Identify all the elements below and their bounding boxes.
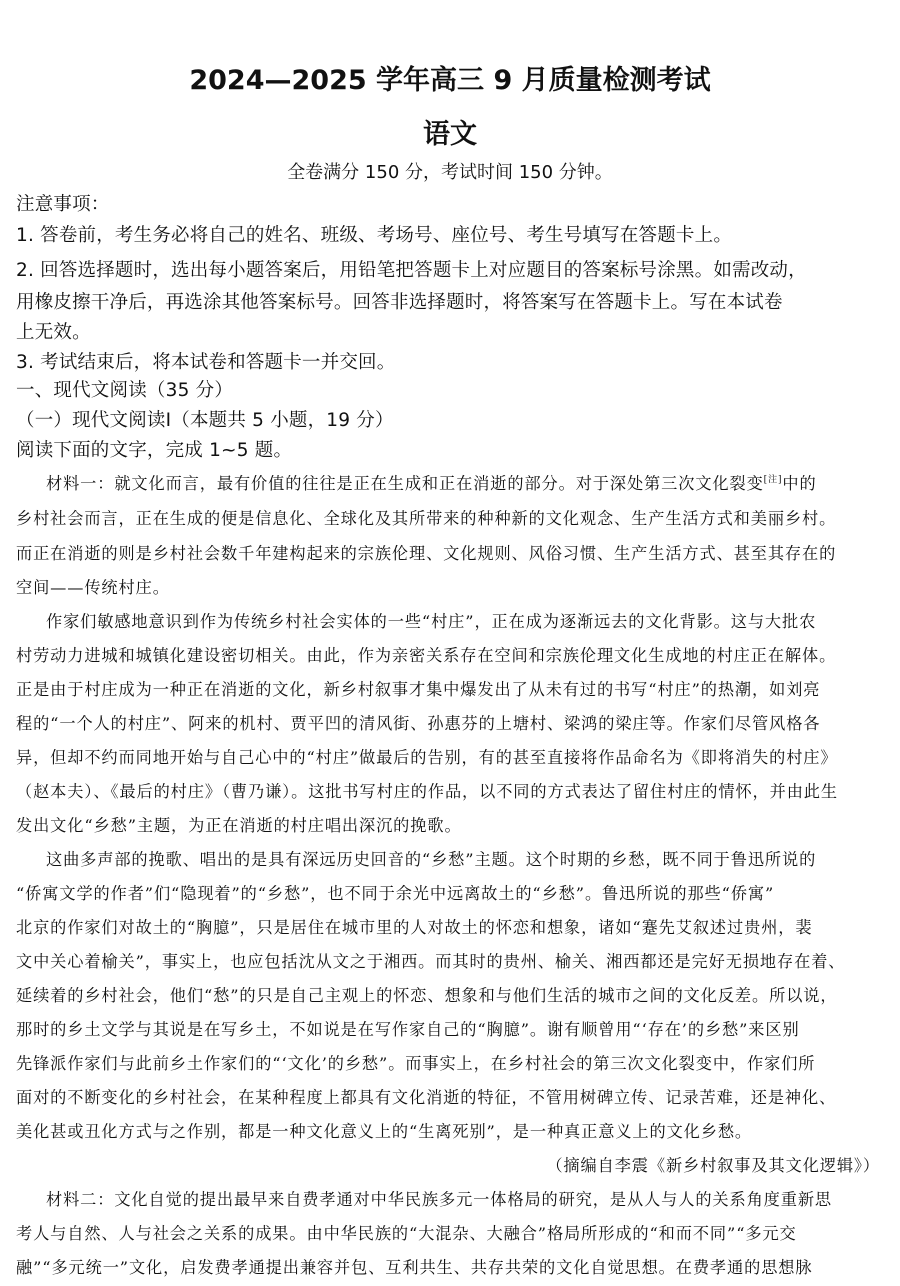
passage-line: 乡村社会而言，正在生成的便是信息化、全球化及其所带来的种种新的文化观念、生产生活… (16, 505, 884, 529)
notice-line: 上无效。 (16, 318, 91, 344)
passage-line: 村劳动力进城和城镇化建设密切相关。由此，作为亲密关系存在空间和宗族伦理文化生成地… (16, 642, 884, 666)
passage-line: （赵本夫）、《最后的村庄》（曹乃谦）。这批书写村庄的作品，以不同的方式表达了留住… (16, 778, 884, 802)
passage-text: 材料一：就文化而言，最有价值的往往是正在生成和正在消逝的部分。对于深处第三次文化… (46, 474, 764, 493)
notice-line: 1. 答卷前，考生务必将自己的姓名、班级、考场号、座位号、考生号填写在答题卡上。 (16, 221, 732, 247)
passage-line: 美化甚或丑化方式与之作别，都是一种文化意义上的“生离死别”，是一种真正意义上的文… (16, 1118, 884, 1142)
passage-line: 延续着的乡村社会，他们“愁”的只是自己主观上的怀恋、想象和与他们生活的城市之间的… (16, 982, 884, 1006)
exam-meta: 全卷满分 150 分，考试时间 150 分钟。 (0, 158, 900, 184)
section-instruction: 阅读下面的文字，完成 1~5 题。 (16, 436, 292, 462)
section-heading: 一、现代文阅读（35 分） (16, 376, 233, 402)
passage-line: 空间——传统村庄。 (16, 574, 884, 598)
exam-title: 2024—2025 学年高三 9 月质量检测考试 (0, 58, 900, 97)
passage-line: 面对的不断变化的乡村社会，在某种程度上都具有文化消逝的特征，不管用树碑立传、记录… (16, 1084, 884, 1108)
passage-text: 中的 (782, 474, 816, 493)
passage-line: 那时的乡土文学与其说是在写乡土，不如说是在写作家自己的“胸臆”。谢有顺曾用“‘存… (16, 1016, 884, 1040)
passage-line: 材料二：文化自觉的提出最早来自费孝通对中华民族多元一体格局的研究，是从人与人的关… (46, 1186, 900, 1210)
notice-line: 用橡皮擦干净后，再选涂其他答案标号。回答非选择题时，将答案写在答题卡上。写在本试… (16, 288, 783, 314)
passage-line: 北京的作家们对故土的“胸臆”，只是居住在城市里的人对故土的怀恋和想象，诸如“蹇先… (16, 914, 884, 938)
passage-line: 正是由于村庄成为一种正在消逝的文化，新乡村叙事才集中爆发出了从未有过的书写“村庄… (16, 676, 884, 700)
passage-line: 程的“一个人的村庄”、阿来的机村、贾平凹的清风街、孙惠芬的上塘村、梁鸿的梁庄等。… (16, 710, 884, 734)
passage-line: 融”“多元统一”文化，启发费孝通提出兼容并包、互利共生、共存共荣的文化自觉思想。… (16, 1254, 884, 1278)
passage-line: 发出文化“乡愁”主题，为正在消逝的村庄唱出深沉的挽歌。 (16, 812, 884, 836)
passage-line: 先锋派作家们与此前乡土作家们的“‘文化’的乡愁”。而事实上，在乡村社会的第三次文… (16, 1050, 884, 1074)
passage-line: “侨寓文学的作者”们“隐现着”的“乡愁”，也不同于余光中远离故土的“乡愁”。鲁迅… (16, 880, 884, 904)
notice-line: 2. 回答选择题时，选出每小题答案后，用铅笔把答题卡上对应题目的答案标号涂黑。如… (16, 256, 807, 282)
passage-line: 而正在消逝的则是乡村社会数千年建构起来的宗族伦理、文化规则、风俗习惯、生产生活方… (16, 540, 884, 564)
passage-line: 文中关心着榆关”，事实上，也应包括沈从文之于湘西。而其时的贵州、榆关、湘西都还是… (16, 948, 884, 972)
passage-line: 材料一：就文化而言，最有价值的往往是正在生成和正在消逝的部分。对于深处第三次文化… (46, 470, 900, 494)
passage-line: 作家们敏感地意识到作为传统乡村社会实体的一些“村庄”，正在成为逐渐远去的文化背影… (46, 608, 900, 632)
source-citation: （摘编自李震《新乡村叙事及其文化逻辑》） (546, 1152, 880, 1176)
section-subheading: （一）现代文阅读Ⅰ（本题共 5 小题，19 分） (16, 406, 394, 432)
subject-title: 语文 (0, 112, 900, 151)
passage-line: 这曲多声部的挽歌、唱出的是具有深远历史回音的“乡愁”主题。这个时期的乡愁，既不同… (46, 846, 900, 870)
notice-line: 3. 考试结束后，将本试卷和答题卡一并交回。 (16, 348, 395, 374)
passage-line: 异，但却不约而同地开始与自己心中的“村庄”做最后的告别，有的甚至直接将作品命名为… (16, 744, 884, 768)
passage-line: 考人与自然、人与社会之关系的成果。由中华民族的“大混杂、大融合”格局所形成的“和… (16, 1220, 884, 1244)
notice-heading: 注意事项： (16, 190, 110, 216)
footnote-marker[interactable]: [注] (764, 475, 783, 485)
